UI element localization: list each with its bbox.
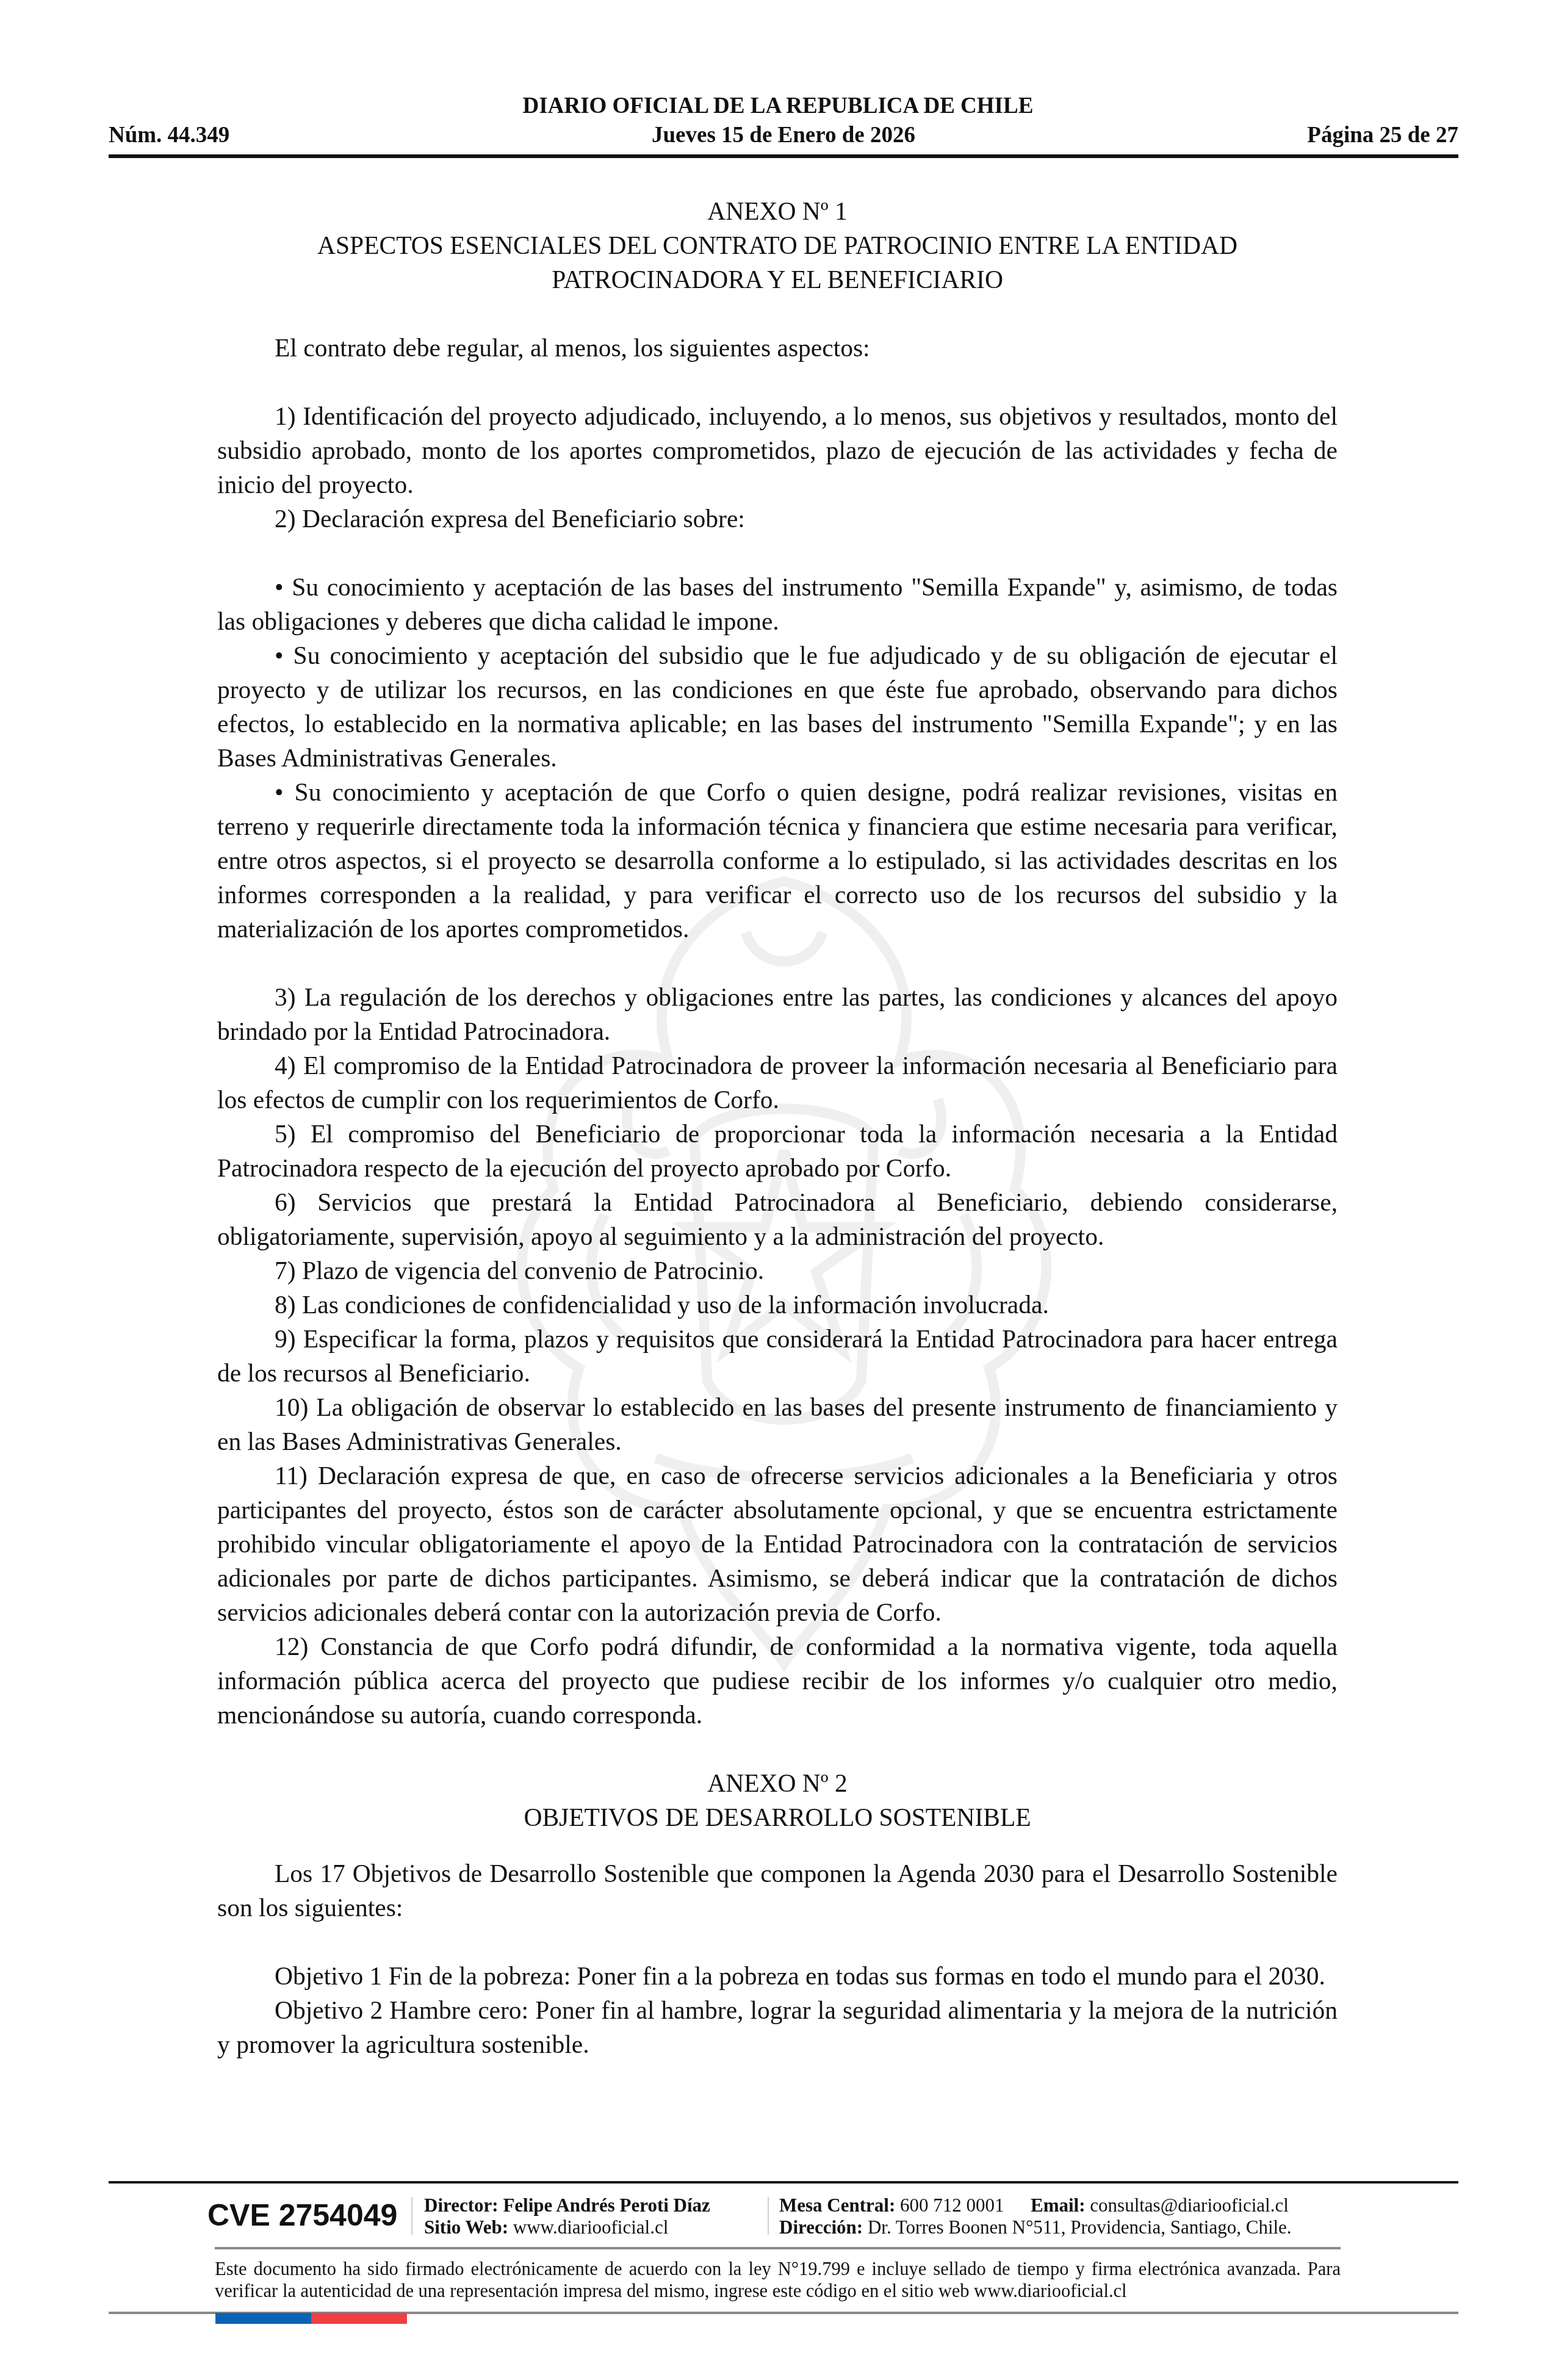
annex-1-item: 9) Especificar la forma, plazos y requis…	[217, 1322, 1338, 1390]
flag-stripe-red	[311, 2313, 407, 2324]
annex-1-item: 10) La obligación de observar lo estable…	[217, 1390, 1338, 1459]
signature-disclaimer: Este documento ha sido firmado electróni…	[215, 2258, 1341, 2302]
phone-number: 600 712 0001	[900, 2194, 1004, 2216]
declaration-bullet: • Su conocimiento y aceptación de que Co…	[217, 775, 1338, 946]
email-link[interactable]: consultas@diariooficial.cl	[1090, 2194, 1289, 2216]
annex-1-item-1: 1) Identificación del proyecto adjudicad…	[217, 399, 1338, 502]
flag-stripe-blue	[215, 2313, 311, 2324]
annex-1-item: 4) El compromiso de la Entidad Patrocina…	[217, 1048, 1338, 1117]
issue-date: Jueves 15 de Enero de 2026	[109, 122, 1458, 148]
annex-2: ANEXO Nº 2 OBJETIVOS DE DESARROLLO SOSTE…	[217, 1766, 1338, 2061]
publication-title: DIARIO OFICIAL DE LA REPUBLICA DE CHILE	[0, 93, 1556, 119]
annex-1-item: 5) El compromiso del Beneficiario de pro…	[217, 1117, 1338, 1185]
footer-director-block: Director: Felipe Andrés Peroti Díaz Siti…	[424, 2194, 710, 2238]
director-name: Felipe Andrés Peroti Díaz	[503, 2194, 710, 2216]
annex-1-item: 12) Constancia de que Corfo podrá difund…	[217, 1629, 1338, 1732]
annex-1-item: 7) Plazo de vigencia del convenio de Pat…	[217, 1253, 1338, 1288]
cve-code: CVE 2754049	[207, 2197, 397, 2234]
annex-1-subtitle-line-2: PATROCINADORA Y EL BENEFICIARIO	[217, 262, 1338, 297]
website-label: Sitio Web:	[424, 2216, 508, 2238]
website-link[interactable]: www.diariooficial.cl	[513, 2216, 669, 2238]
header-divider	[109, 154, 1458, 158]
footer-divider-top	[109, 2181, 1458, 2183]
address-text: Dr. Torres Boonen N°511, Providencia, Sa…	[868, 2216, 1292, 2238]
annex-1-intro: El contrato debe regular, al menos, los …	[217, 331, 1338, 365]
annex-1-title: ANEXO Nº 1	[217, 194, 1338, 228]
declaration-bullet: • Su conocimiento y aceptación de las ba…	[217, 570, 1338, 638]
annex-2-title: ANEXO Nº 2	[217, 1766, 1338, 1800]
objective-item: Objetivo 1 Fin de la pobreza: Poner fin …	[217, 1959, 1338, 1993]
phone-label: Mesa Central:	[779, 2194, 895, 2216]
footer-contact-block: Mesa Central: 600 712 0001 Email: consul…	[779, 2194, 1292, 2238]
annex-1-item: 8) Las condiciones de confidencialidad y…	[217, 1288, 1338, 1322]
annex-1-item: 3) La regulación de los derechos y oblig…	[217, 980, 1338, 1048]
footer-separator	[768, 2197, 769, 2235]
address-label: Dirección:	[779, 2216, 863, 2238]
annex-1: ANEXO Nº 1 ASPECTOS ESENCIALES DEL CONTR…	[217, 194, 1338, 1732]
annex-2-intro: Los 17 Objetivos de Desarrollo Sostenibl…	[217, 1856, 1338, 1925]
annex-1-subtitle-line-1: ASPECTOS ESENCIALES DEL CONTRATO DE PATR…	[181, 228, 1374, 262]
director-label: Director:	[424, 2194, 499, 2216]
footer-separator	[411, 2197, 412, 2235]
objective-item: Objetivo 2 Hambre cero: Poner fin al ham…	[217, 1993, 1338, 2061]
email-label: Email:	[1031, 2194, 1086, 2216]
declaration-bullet: • Su conocimiento y aceptación del subsi…	[217, 638, 1338, 775]
document-body: ANEXO Nº 1 ASPECTOS ESENCIALES DEL CONTR…	[217, 194, 1338, 2061]
annex-1-item: 11) Declaración expresa de que, en caso …	[217, 1459, 1338, 1629]
header-row: Núm. 44.349 Jueves 15 de Enero de 2026 P…	[109, 122, 1458, 149]
page-number: Página 25 de 27	[1307, 122, 1458, 148]
annex-1-item: 6) Servicios que prestará la Entidad Pat…	[217, 1185, 1338, 1253]
annex-2-subtitle: OBJETIVOS DE DESARROLLO SOSTENIBLE	[217, 1800, 1338, 1834]
annex-1-item-2: 2) Declaración expresa del Beneficiario …	[217, 502, 1338, 536]
footer-divider-middle	[215, 2247, 1341, 2249]
